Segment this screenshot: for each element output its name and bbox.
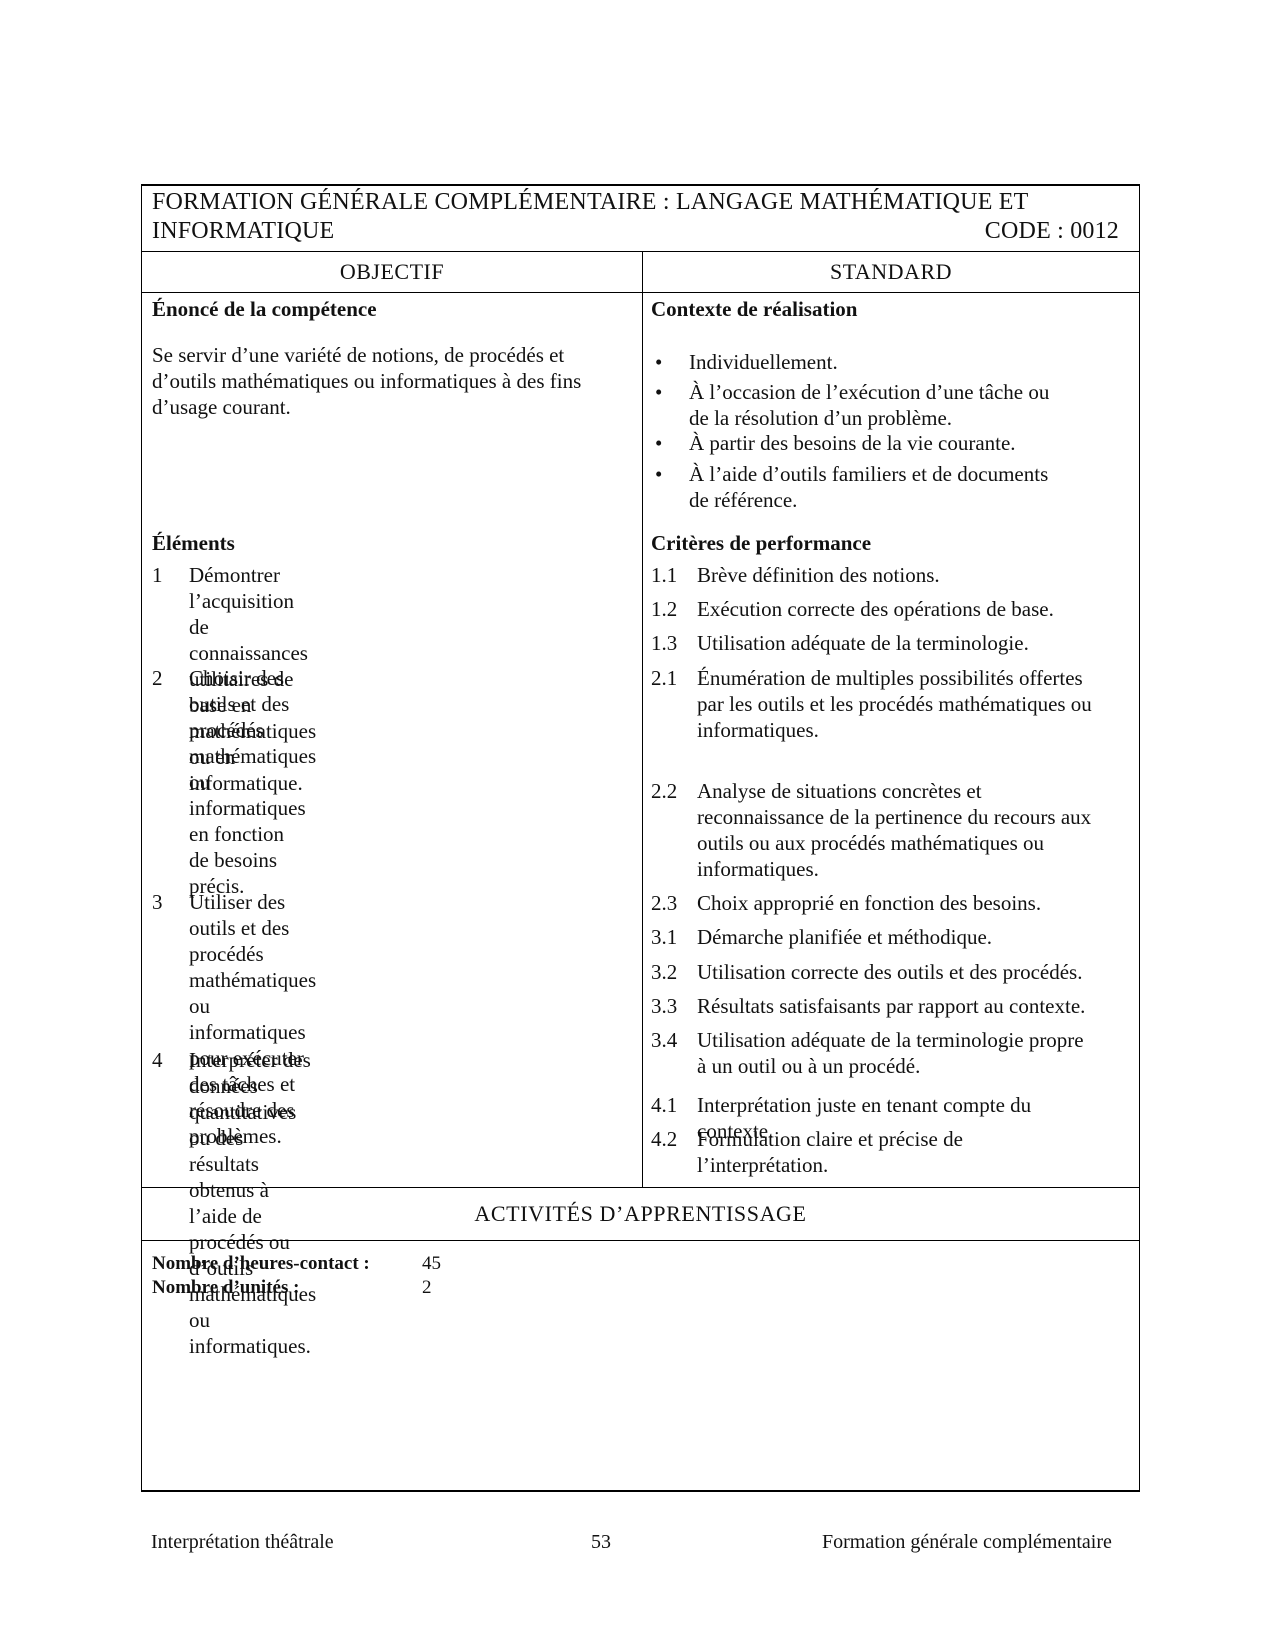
element-number: 1 [152, 562, 163, 588]
critere-number: 2.1 [651, 665, 677, 691]
hours-value: 45 [422, 1252, 441, 1276]
critere-number: 3.4 [651, 1027, 677, 1053]
main-section: Énoncé de la compétence Se servir d’une … [142, 292, 1139, 1188]
contexte-text: À l’aide d’outils familiers et de docume… [689, 461, 1109, 513]
footer-left: Interprétation théâtrale [151, 1529, 334, 1555]
column-headers: OBJECTIF STANDARD [142, 252, 1139, 293]
objectif-column: Énoncé de la compétence Se servir d’une … [142, 292, 643, 1187]
enonce-heading: Énoncé de la compétence [152, 296, 377, 322]
critere-text: Choix approprié en fonction des besoins. [697, 890, 1137, 916]
contexte-text: Individuellement. [689, 349, 1109, 375]
units-label: Nombre d’unités : [152, 1276, 299, 1300]
contexte-heading: Contexte de réalisation [651, 296, 857, 322]
critere-number: 2.3 [651, 890, 677, 916]
footer-right: Formation générale complémentaire [822, 1529, 1112, 1555]
critere-text: Énumération de multiples possibilités of… [697, 665, 1137, 743]
critere-text: Démarche planifiée et méthodique. [697, 924, 1137, 950]
contexte-text: À partir des besoins de la vie courante. [689, 430, 1109, 456]
bullet-icon: • [655, 461, 662, 487]
critere-number: 1.2 [651, 596, 677, 622]
hours-block: Nombre d’heures-contact : 45 Nombre d’un… [152, 1252, 552, 1300]
activities-heading: ACTIVITÉS D’APPRENTISSAGE [142, 1187, 1139, 1241]
elements-heading: Éléments [152, 530, 235, 556]
bullet-icon: • [655, 430, 662, 456]
title-block: FORMATION GÉNÉRALE COMPLÉMENTAIRE : LANG… [142, 186, 1139, 252]
critere-text: Formulation claire et précise del’interp… [697, 1126, 1137, 1178]
bullet-icon: • [655, 349, 662, 375]
critere-number: 3.1 [651, 924, 677, 950]
contexte-text: À l’occasion de l’exécution d’une tâche … [689, 379, 1109, 431]
page-title-line1: FORMATION GÉNÉRALE COMPLÉMENTAIRE : LANG… [152, 188, 1119, 217]
page-title-line2: INFORMATIQUE [152, 217, 334, 246]
competency-table: FORMATION GÉNÉRALE COMPLÉMENTAIRE : LANG… [141, 184, 1140, 1492]
critere-number: 4.1 [651, 1092, 677, 1118]
critere-text: Résultats satisfaisants par rapport au c… [697, 993, 1137, 1019]
bullet-icon: • [655, 379, 662, 405]
critere-number: 3.3 [651, 993, 677, 1019]
course-code: CODE : 0012 [985, 217, 1119, 246]
critere-text: Analyse de situations concrètes etreconn… [697, 778, 1137, 882]
critere-text: Utilisation adéquate de la terminologie. [697, 630, 1137, 656]
criteres-heading: Critères de performance [651, 530, 871, 556]
critere-text: Exécution correcte des opérations de bas… [697, 596, 1137, 622]
element-number: 2 [152, 665, 163, 691]
element-number: 3 [152, 889, 163, 915]
critere-number: 1.1 [651, 562, 677, 588]
critere-number: 4.2 [651, 1126, 677, 1152]
critere-text: Utilisation adéquate de la terminologie … [697, 1027, 1137, 1079]
enonce-text: Se servir d’une variété de notions, de p… [152, 342, 581, 420]
element-number: 4 [152, 1047, 163, 1073]
critere-number: 3.2 [651, 959, 677, 985]
critere-number: 1.3 [651, 630, 677, 656]
page-number: 53 [591, 1529, 611, 1555]
critere-number: 2.2 [651, 778, 677, 804]
standard-column: Contexte de réalisation Critères de perf… [643, 292, 1139, 1187]
critere-text: Brève définition des notions. [697, 562, 1137, 588]
column-header-objectif: OBJECTIF [142, 252, 642, 292]
units-value: 2 [422, 1276, 432, 1300]
element-text: Choisir des outils et des procédésmathém… [189, 665, 316, 899]
hours-label: Nombre d’heures-contact : [152, 1252, 370, 1276]
column-header-standard: STANDARD [642, 252, 1139, 292]
critere-text: Utilisation correcte des outils et des p… [697, 959, 1137, 985]
